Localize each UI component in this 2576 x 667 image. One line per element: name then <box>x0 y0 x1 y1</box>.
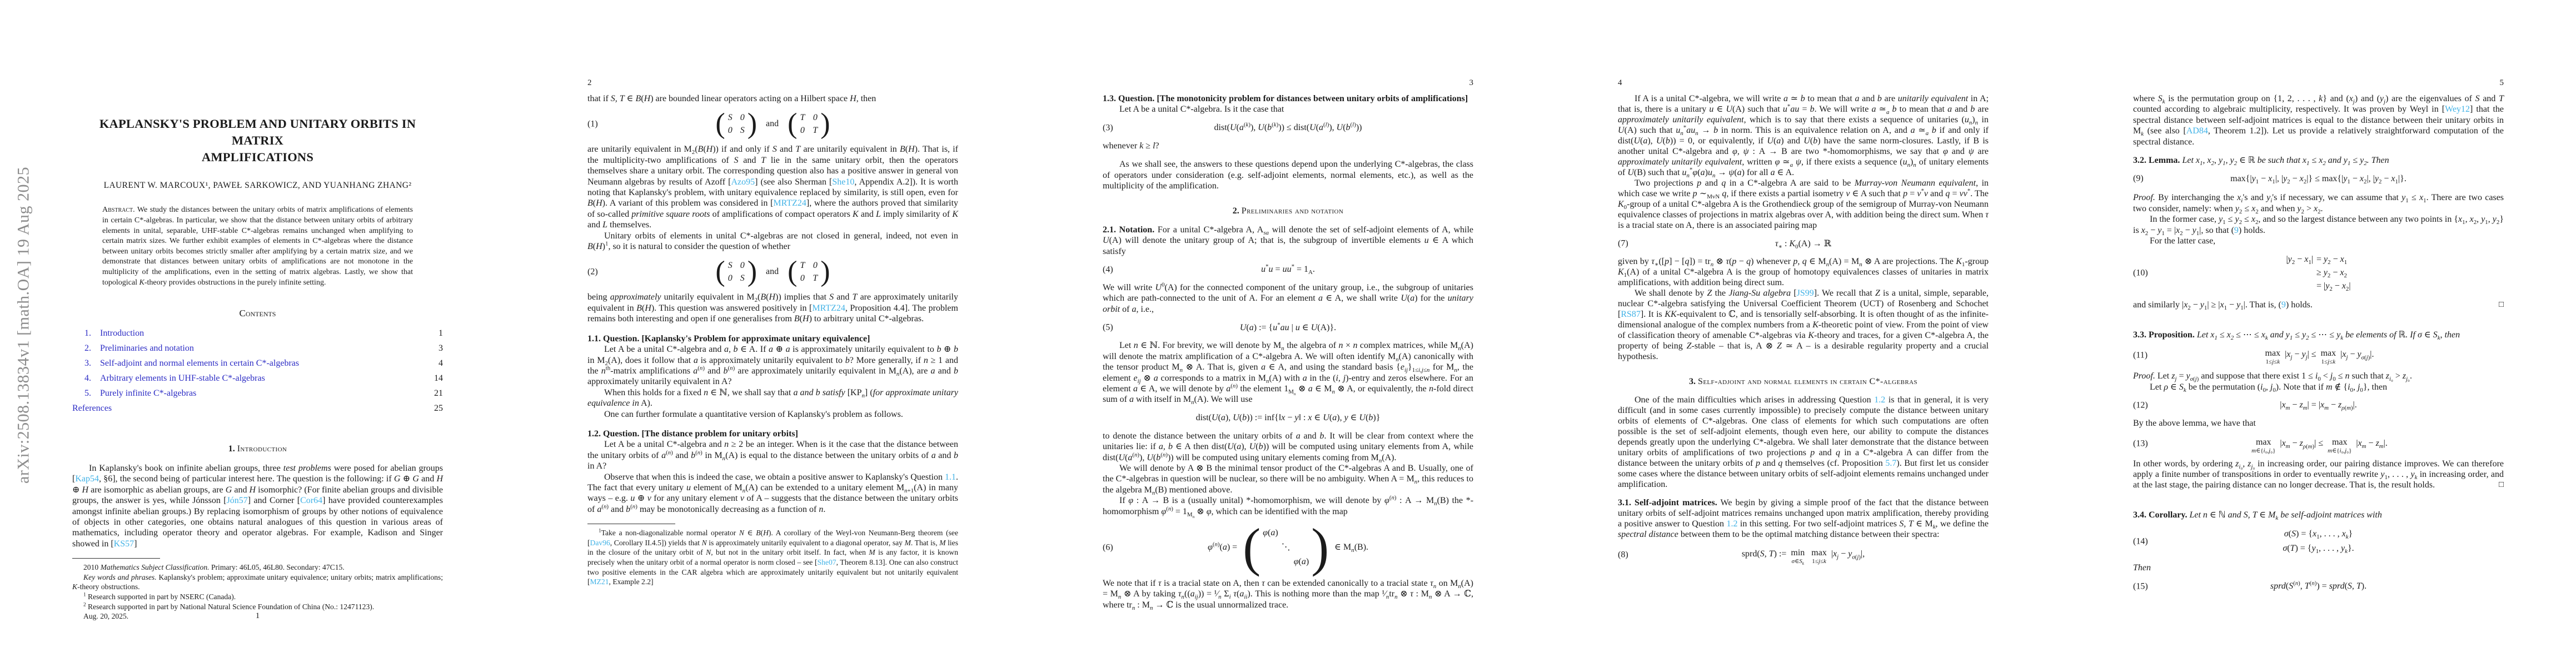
page-4: 4 If A is a unital C*-algebra, we will w… <box>1546 0 2061 667</box>
matrix-T: ( T0 0T ) <box>788 258 830 285</box>
equation-1: (1) ( S0 0S ) and ( T0 0T <box>587 111 958 137</box>
toc-item-preliminaries[interactable]: 2. Preliminaries and notation 3 <box>72 341 443 356</box>
matrix-S: ( S0 0S ) <box>715 258 757 285</box>
paragraph-with-qed: and similarly |x2 − y1| ≥ |x1 − y1|. Tha… <box>2133 300 2504 310</box>
equation-15: (15) sprd(S(n), T(n)) = sprd(S, T). <box>2133 580 2504 593</box>
equation-8: (8) sprd(S, T) := minσ∈Sk max1≤j≤k |xj −… <box>1618 546 1989 563</box>
paper-title-line-2: AMPLIFICATIONS <box>72 149 443 166</box>
equation-11: (11) max1≤j≤k |xj − yj| ≤ max1≤j≤k |xj −… <box>2133 347 2504 363</box>
left-paren: ( <box>715 111 725 137</box>
five-page-spread: arXiv:2508.13834v1 [math.OA] 19 Aug 2025… <box>0 0 2576 667</box>
equation-7: (7) τ∗ : K0(A) → ℝ <box>1618 237 1989 250</box>
table-of-contents: 1. Introduction 1 2. Preliminaries and n… <box>72 326 443 416</box>
paragraph: that if S, T ∈ B(H) are bounded linear o… <box>587 93 958 104</box>
footnote-keywords: Key words and phrases. Kaplansky's probl… <box>72 573 443 592</box>
dist-definition-equation: dist(U(a), U(b)) := inf{‖x − y‖ : x ∈ U(… <box>1103 412 1473 424</box>
notation-2-1: 2.1. Notation. For a unital C*-algebra A… <box>1103 225 1473 257</box>
paragraph: being approximately unitarily equivalent… <box>587 292 958 324</box>
paragraph: When this holds for a fixed n ∈ ℕ, we sh… <box>587 387 958 409</box>
question-1-2-heading: 1.2. Question. [The distance problem for… <box>587 429 958 439</box>
matrix-S: ( S0 0S ) <box>715 111 757 137</box>
equation-9: (9) max{|y1 − x1|, |y2 − x2|} ≤ max{|y1 … <box>2133 172 2504 185</box>
page-number-header: 4 <box>1618 78 1622 88</box>
paragraph: As we shall see, the answers to these qu… <box>1103 159 1473 191</box>
toc-item-arbitrary-elements[interactable]: 4. Arbitrary elements in UHF-stable C*-a… <box>72 371 443 386</box>
equation-6: (6) φ(n)(a) = ( φ(a) ⋱ φ(a) ) ∈ Mn(B). <box>1103 524 1473 571</box>
section-1-heading: 1. Introduction <box>72 444 443 454</box>
page-number-header: 3 <box>1469 78 1474 88</box>
paragraph: We shall denote by Z the Jiang-Su algebr… <box>1618 288 1989 362</box>
equation-13: (13) maxm∈{i₀,j₀} |xm − zρ(m)| ≤ maxm∈{i… <box>2133 436 2504 452</box>
footnote-support-1: 1 Research supported in part by NSERC (C… <box>72 592 443 602</box>
abstract: Abstract. We study the distances between… <box>102 205 413 288</box>
paragraph: where Sk is the permutation group on {1,… <box>2133 93 2504 147</box>
page-number-footer: 1 <box>0 611 515 621</box>
page-2: 2 that if S, T ∈ B(H) are bounded linear… <box>515 0 1030 667</box>
paragraph: are unitarily equivalent in M2(B(H)) if … <box>587 144 958 230</box>
question-1-3-body: Let A be a unital C*-algebra. Is it the … <box>1103 104 1473 115</box>
proposition-3-3: 3.3. Proposition. Let x1 ≤ x2 ≤ ⋯ ≤ xk a… <box>2133 330 2504 340</box>
question-1-1-heading: 1.1. Question. [Kaplansky's Problem for … <box>587 333 958 344</box>
equation-14: (14) σ(S) = {x1, . . . , xk} σ(T) = {y1,… <box>2133 527 2504 556</box>
equation-12: (12) |xm − zm| = |xm − zρ(m)|. <box>2133 399 2504 411</box>
paragraph: Let n ∈ ℕ. For brevity, we will denote b… <box>1103 340 1473 405</box>
paragraph: Two projections p and q in a C*-algebra … <box>1618 178 1989 231</box>
page-5: 5 where Sk is the permutation group on {… <box>2061 0 2576 667</box>
toc-item-self-adjoint[interactable]: 3. Self-adjoint and normal elements in c… <box>72 356 443 371</box>
question-1-3-heading: 1.3. Question. [The monotonicity problem… <box>1103 93 1473 104</box>
paragraph: whenever k ≥ l? <box>1103 141 1473 151</box>
question-1-1-body: Let A be a unital C*-algebra and a, b ∈ … <box>587 344 958 387</box>
paragraph-with-qed: In other words, by ordering zi₀, zj₀ in … <box>2133 459 2504 491</box>
left-paren: ( <box>715 258 725 285</box>
paper-title: KAPLANSKY'S PROBLEM AND UNITARY ORBITS I… <box>72 116 443 166</box>
equation-5: (5) U(a) := {u*au | u ∈ U(A)}. <box>1103 321 1473 333</box>
paragraph: Unitary orbits of elements in unital C*-… <box>587 231 958 252</box>
toc-item-introduction[interactable]: 1. Introduction 1 <box>72 326 443 341</box>
paragraph: We note that if τ is a tracial state on … <box>1103 578 1473 610</box>
paragraph: Let ρ ∈ Sk be the permutation (i0, j0). … <box>2133 382 2504 392</box>
page-1: arXiv:2508.13834v1 [math.OA] 19 Aug 2025… <box>0 0 515 667</box>
abstract-text: We study the distances between the unita… <box>102 206 413 286</box>
right-paren: ) <box>748 258 757 285</box>
paragraph: to denote the distance between the unita… <box>1103 431 1473 463</box>
authors-line: LAURENT W. MARCOUX¹, PAWEŁ SARKOWICZ, AN… <box>72 180 443 191</box>
page-3: 3 1.3. Question. [The monotonicity probl… <box>1030 0 1546 667</box>
paragraph: We will write U0(A) for the connected co… <box>1103 282 1473 315</box>
footnote-msc: 2010 Mathematics Subject Classification.… <box>72 563 443 573</box>
then-line: Then <box>2133 563 2504 573</box>
right-paren: ) <box>748 111 757 137</box>
footnote-rule <box>72 558 160 559</box>
paragraph: One can further formulate a quantitative… <box>587 409 958 420</box>
qed-box: □ <box>2499 480 2504 490</box>
section-3-heading: 3. Self-adjoint and normal elements in c… <box>1618 376 1989 387</box>
right-paren: ) <box>1311 524 1329 571</box>
paragraph: For the latter case, <box>2133 236 2504 246</box>
footnote-rule <box>587 524 675 524</box>
arxiv-watermark: arXiv:2508.13834v1 [math.OA] 19 Aug 2025 <box>18 167 28 484</box>
footnote-support-2: 2 Research supported in part by National… <box>72 602 443 612</box>
footnote-1: 1Take a non-diagonalizable normal operat… <box>587 528 958 587</box>
contents-heading: Contents <box>72 308 443 318</box>
left-paren: ( <box>1243 524 1260 571</box>
toc-item-purely-infinite[interactable]: 5. Purely infinite C*-algebras 21 <box>72 386 443 401</box>
right-paren: ) <box>820 258 830 285</box>
matrix-T: ( T0 0T ) <box>788 111 830 137</box>
proof-paragraph: Proof. By interchanging the xi's and yi'… <box>2133 192 2504 214</box>
question-1-2-body: Let A be a unital C*-algebra and n ≥ 2 b… <box>587 439 958 471</box>
corollary-3-4: 3.4. Corollary. Let n ∈ ℕ and S, T ∈ Mk … <box>2133 510 2504 520</box>
page-number-header: 2 <box>587 78 592 88</box>
equation-2: (2) ( S0 0S ) and ( T0 0T <box>587 258 958 285</box>
section-2-heading: 2. Preliminaries and notation <box>1103 206 1473 216</box>
page-number-header: 5 <box>2500 78 2504 88</box>
left-paren: ( <box>788 111 797 137</box>
paragraph: In the former case, y1 ≤ y2 ≤ x2, and so… <box>2133 214 2504 236</box>
paragraph: Observe that when this is indeed the cas… <box>587 472 958 515</box>
equation-4: (4) u*u = uu* = 1A. <box>1103 263 1473 276</box>
paragraph: given by τ∗([p] − [q]) = trn ⊗ τ(p − q) … <box>1618 256 1989 288</box>
subsection-3-1: 3.1. Self-adjoint matrices. We begin by … <box>1618 497 1989 540</box>
paragraph: If A is a unital C*-algebra, we will wri… <box>1618 93 1989 178</box>
equation-3: (3) dist(U(a(k)), U(b(k))) ≤ dist(U(a(l)… <box>1103 122 1473 134</box>
paper-title-line-1: KAPLANSKY'S PROBLEM AND UNITARY ORBITS I… <box>72 116 443 149</box>
right-paren: ) <box>820 111 830 137</box>
toc-item-references[interactable]: References 25 <box>72 401 443 416</box>
paragraph: By the above lemma, we have that <box>2133 418 2504 429</box>
equation-10: (10) |y2 − x1|= y2 − x1 ≥ y2 − x2 = |y2 … <box>2133 253 2504 293</box>
paragraph: One of the main difficulties which arise… <box>1618 395 1989 490</box>
paragraph: We will denote by A ⊗ B the minimal tens… <box>1103 463 1473 495</box>
qed-box: □ <box>2499 300 2504 310</box>
diagonal-matrix: ( φ(a) ⋱ φ(a) ) <box>1243 524 1329 571</box>
paragraph: If φ : A → B is a (usually unital) *-hom… <box>1103 495 1473 517</box>
proof-paragraph: Proof. Let zj = yσ(j) and suppose that t… <box>2133 371 2504 381</box>
footnote-block: 1Take a non-diagonalizable normal operat… <box>587 524 958 587</box>
lemma-3-2: 3.2. Lemma. Let x1, x2, y1, y2 ∈ ℝ be su… <box>2133 155 2504 166</box>
left-paren: ( <box>788 258 797 285</box>
intro-paragraph: In Kaplansky's book on infinite abelian … <box>72 463 443 549</box>
abstract-label: Abstract. <box>102 206 135 214</box>
